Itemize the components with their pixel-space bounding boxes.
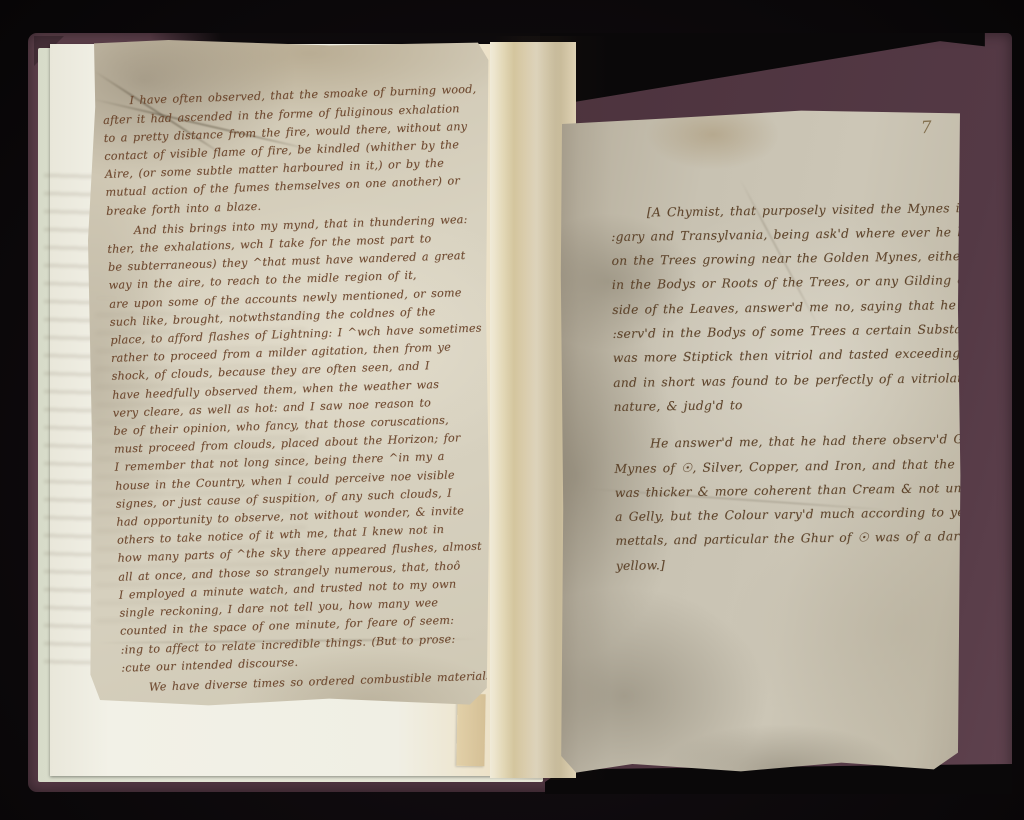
left-manuscript-leaf: I have often observed, that the smoake o…	[88, 40, 490, 708]
left-catchword-layer: especially	[101, 44, 516, 802]
manuscript-photo: I have often observed, that the smoake o…	[0, 0, 1024, 820]
manuscript-paragraph: [A Chymist, that purposely visited the M…	[611, 196, 966, 420]
binding-guard-stub	[456, 694, 485, 766]
manuscript-paragraph: He answer'd me, that he had there observ…	[614, 427, 968, 578]
manuscript-line: and in short was found to be perfectly o…	[613, 366, 965, 395]
right-manuscript-text: [A Chymist, that purposely visited the M…	[610, 147, 968, 591]
manuscript-line: yellow.]	[616, 549, 968, 578]
page-number: 7	[921, 118, 933, 139]
manuscript-line: mettals, and particular the Ghur of ☉ wa…	[615, 525, 967, 554]
manuscript-line: nature, & judg'd to	[613, 390, 965, 419]
right-manuscript-leaf: 7 [A Chymist, that purposely visited the…	[560, 108, 962, 776]
